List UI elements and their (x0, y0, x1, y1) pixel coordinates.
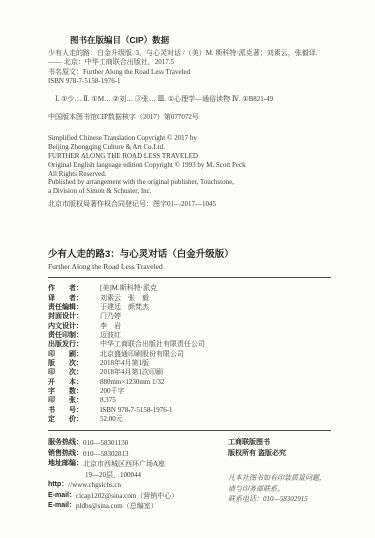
contact-label: http： (48, 480, 68, 491)
contact-value: pldbs@sina.com（总编室） (76, 501, 158, 512)
address: 地址邮编：北京市西城区西环广场A座 (48, 459, 226, 470)
contact-value: 010—58302813 (83, 449, 129, 460)
detail-row-format: 开 本：880mm×1230mm 1/32 (48, 378, 331, 387)
detail-value: 门乃婷 (100, 312, 331, 321)
detail-row-impression: 印 次：2018年4月第1次印刷 (48, 368, 331, 377)
contact-value: //www.chgslcbs.cn (68, 480, 121, 491)
quality-note: 凡本社图书如有印装质量问题， 请与印务部联系。 联系电话：010—5830291… (228, 473, 331, 505)
cip-classification: Ⅰ. ①少… Ⅱ. ①M… ②刘… ③张… Ⅲ. ①心理学—通俗读物 Ⅳ. ①B… (55, 95, 331, 104)
website: http：//www.chgslcbs.cn (48, 480, 226, 491)
copyright-line: Beijing Zhongqing Culture & Art Co.Ltd. (48, 143, 331, 152)
divider-top (48, 277, 331, 278)
detail-row-printer: 印 刷：北京盛通印刷股份有限公司 (48, 350, 331, 359)
detail-label: 出版发行： (48, 340, 100, 349)
detail-label: 开 本： (48, 378, 100, 387)
copyright-line: a Division of Simon & Schuster, Inc. (48, 187, 331, 196)
detail-label: 定 价： (48, 415, 100, 424)
copyright-line: Original English language edition Copyri… (48, 161, 331, 170)
detail-label: 版 次： (48, 359, 100, 368)
cip-line-publisher: —— 北京：中华工商联合出版社，2017.5 (48, 58, 331, 67)
copyright-line: Published by arrangement with the origin… (48, 178, 331, 187)
footer-contact-column: 服务热线：010—58301130 销售热线：010—58302813 地址邮编… (48, 438, 226, 512)
contact-label: 销售热线： (48, 449, 83, 460)
detail-label: 印 张： (48, 396, 100, 405)
quality-note-line: 凡本社图书如有印装质量问题， (228, 473, 331, 484)
footer-notice-column: 工商联版图书 版权所有 盗版必究 凡本社图书如有印装质量问题， 请与印务部联系。… (226, 438, 331, 512)
cip-record-number: 中国版本图书馆CIP数据核字（2017）第077072号 (48, 113, 331, 122)
contact-label: 地址邮编： (48, 459, 83, 470)
detail-value: 迈波红 (100, 331, 331, 340)
book-title-english: Further Along the Road Less Traveled (48, 262, 331, 272)
detail-row-layout-design: 内文设计：李 岩 (48, 322, 331, 331)
detail-row-price: 定 价：52.00元 (48, 415, 331, 424)
detail-row-author: 作 者：[美]M.斯科特·派克 (48, 284, 331, 293)
cip-line-original-title: 书名原文：Further Along the Road Less Travele… (48, 68, 331, 77)
detail-label: 责任印制： (48, 331, 100, 340)
detail-row-translator: 译 者：刘素云 张 毅 (48, 294, 331, 303)
detail-row-edition: 版 次：2018年4月第1版 (48, 359, 331, 368)
copyright-registration: 北京市版权局著作权合同登记号：图字01—2017—1045 (48, 200, 331, 209)
cip-line-isbn: ISBN 978-7-5158-1976-1 (48, 77, 331, 86)
email-marketing: E-mail：cicap1202@sina.com（营销中心） (48, 491, 226, 502)
service-hotline: 服务热线：010—58301130 (48, 438, 226, 449)
detail-row-editor: 责任编辑：于建廷 颜梵杰 (48, 303, 331, 312)
copyright-warning: 版权所有 盗版必究 (228, 449, 331, 460)
cip-heading: 图书在版编目（CIP）数据 (70, 36, 331, 45)
contact-label: 服务热线： (48, 438, 83, 449)
contact-label: E-mail： (48, 501, 76, 512)
footer: 服务热线：010—58301130 销售热线：010—58302813 地址邮编… (48, 438, 331, 512)
detail-label: 作 者： (48, 284, 100, 293)
detail-value: 刘素云 张 毅 (100, 294, 331, 303)
detail-label: 印 刷： (48, 350, 100, 359)
contact-label: E-mail： (48, 491, 76, 502)
detail-value: ISBN 978-7-5158-1976-1 (100, 406, 331, 415)
address-line2: 19—20层，100044 (48, 470, 226, 481)
detail-row-word-count: 字 数：200千字 (48, 387, 331, 396)
contact-value: cicap1202@sina.com（营销中心） (76, 491, 178, 502)
detail-value: 200千字 (100, 387, 331, 396)
detail-label: 封面设计： (48, 312, 100, 321)
detail-row-sheets: 印 张：8.375 (48, 396, 331, 405)
detail-row-cover-design: 封面设计：门乃婷 (48, 312, 331, 321)
detail-value: 李 岩 (100, 322, 331, 331)
detail-value: 880mm×1230mm 1/32 (100, 378, 331, 387)
detail-value: 2018年4月第1版 (100, 359, 331, 368)
copyright-line: FURTHER ALONG THE ROAD LESS TRAVELED (48, 152, 331, 161)
publication-details: 作 者：[美]M.斯科特·派克 译 者：刘素云 张 毅 责任编辑：于建廷 颜梵杰… (48, 284, 331, 424)
divider-bottom (48, 430, 331, 431)
detail-row-isbn: 书 号：ISBN 978-7-5158-1976-1 (48, 406, 331, 415)
email-editorial: E-mail：pldbs@sina.com（总编室） (48, 501, 226, 512)
book-colophon-page: 图书在版编目（CIP）数据 少有人走的路：白金升级版. 3，与心灵对话 /（美）… (0, 0, 375, 538)
detail-label: 内文设计： (48, 322, 100, 331)
contact-value: 010—58301130 (83, 438, 128, 449)
quality-note-line: 联系电话：010—58302915 (228, 494, 331, 505)
detail-value: 于建廷 颜梵杰 (100, 303, 331, 312)
contact-value: 北京市西城区西环广场A座 (83, 459, 165, 470)
detail-value: 8.375 (100, 396, 331, 405)
book-title: 少有人走的路3：与心灵对话（白金升级版） (48, 249, 331, 261)
copyright-block: Simplified Chinese Translation Copyright… (48, 134, 331, 196)
detail-row-publisher: 出版发行：中华工商联合出版社有限责任公司 (48, 340, 331, 349)
detail-value: 北京盛通印刷股份有限公司 (100, 350, 331, 359)
detail-label: 字 数： (48, 387, 100, 396)
copyright-line: All Rights Reserved. (48, 170, 331, 179)
detail-value: 中华工商联合出版社有限责任公司 (100, 340, 331, 349)
detail-label: 书 号： (48, 406, 100, 415)
detail-value: 2018年4月第1次印刷 (100, 368, 331, 377)
quality-note-line: 请与印务部联系。 (228, 484, 331, 495)
detail-label: 译 者： (48, 294, 100, 303)
detail-value: 52.00元 (100, 415, 331, 424)
copyright-line: Simplified Chinese Translation Copyright… (48, 134, 331, 143)
sales-hotline: 销售热线：010—58302813 (48, 449, 226, 460)
detail-value: [美]M.斯科特·派克 (100, 284, 331, 293)
detail-label: 印 次： (48, 368, 100, 377)
detail-label: 责任编辑： (48, 303, 100, 312)
detail-row-print-supervisor: 责任印制：迈波红 (48, 331, 331, 340)
brand-line: 工商联版图书 (228, 438, 331, 449)
